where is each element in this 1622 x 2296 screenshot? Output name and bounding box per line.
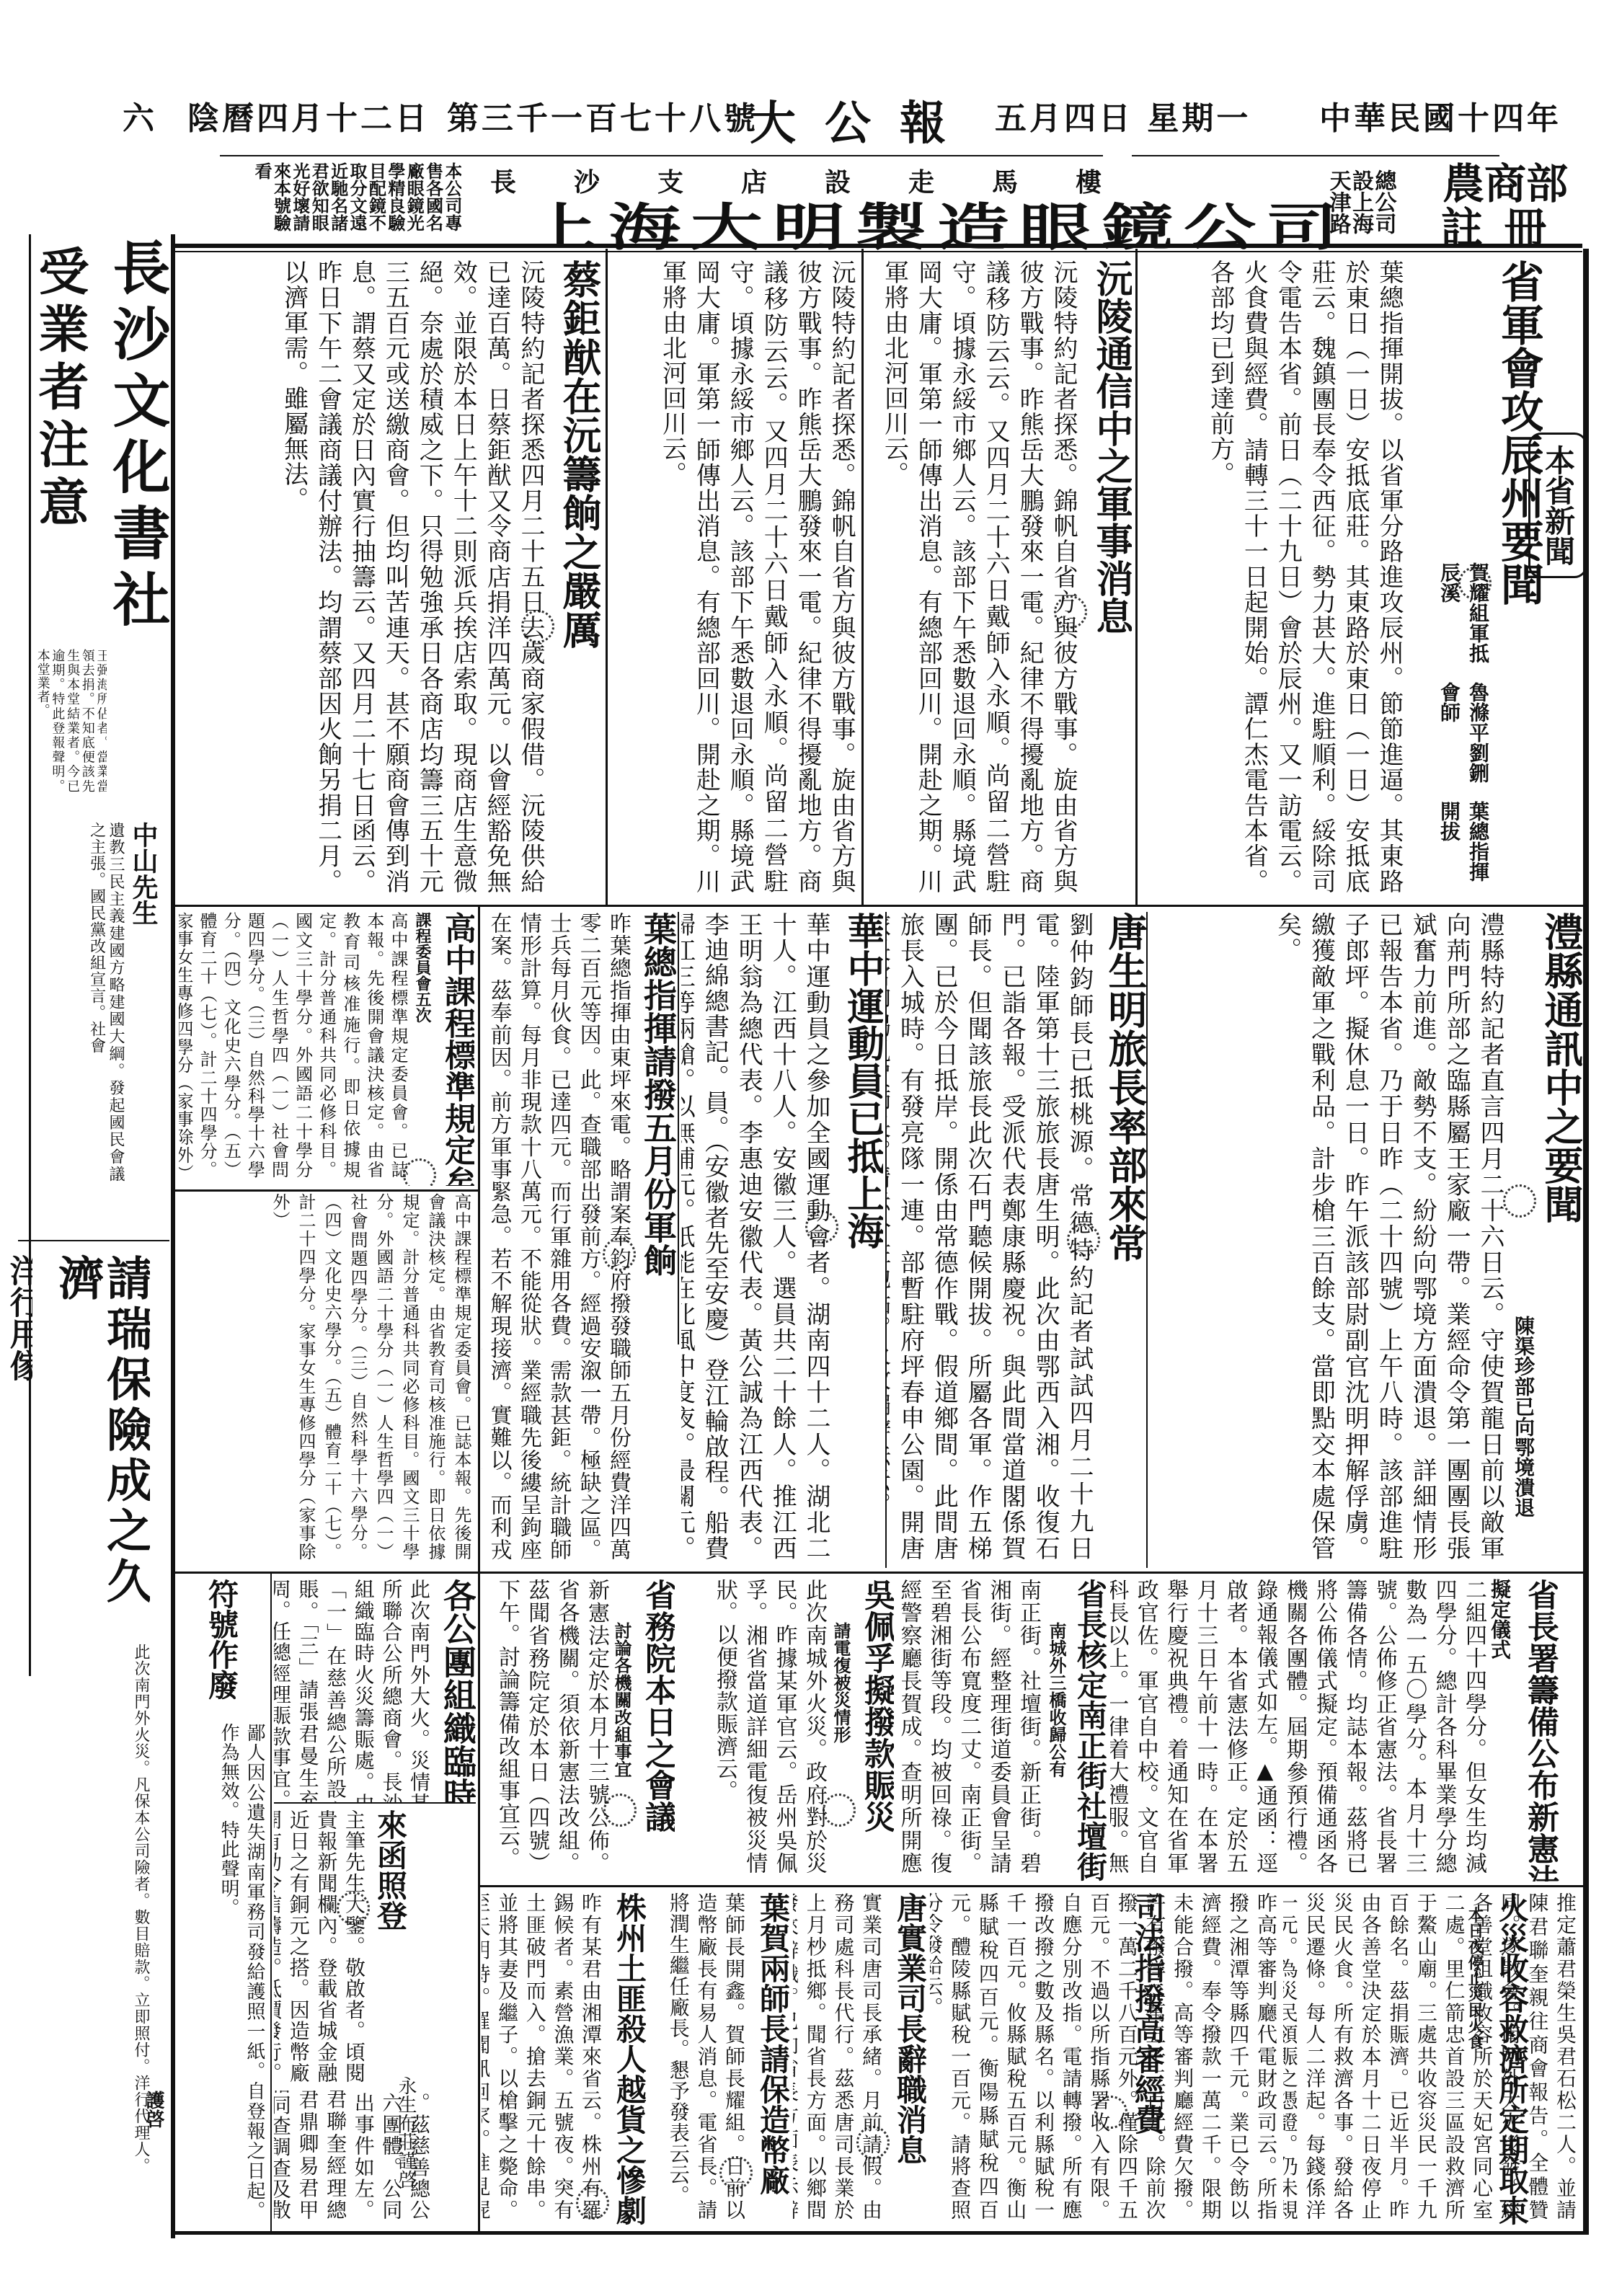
article-a20-body: 推定蕭君榮生吳君石松二人。並請陳君聯奎親往商會報告。全體贊同。遂散會。南門外大火… [1283,1892,1579,2220]
article-a7-headline: 葉總指揮請撥五月份軍餉 [639,912,676,1277]
article-a18-body: 主筆先生大鑒。敬啟者。頃閱貴報新聞欄內。登載省城金融近日之有銅元之搭。因造幣廠開… [274,1809,368,2083]
col-divider-c [606,249,608,905]
article-a1-subhead-1: 葉總指揮開拔 [1435,801,1492,901]
article-a5: 唐生明旅長率部來常 劉仲鈞師長已抵桃源。常德特約記者試試四月二十九日電。陸軍第十… [887,912,1146,1568]
article-a7-body: 昨葉總指揮由東坪來電。略謂案奉鈞府撥發職師五月份經費洋四萬零二百元等因。此。查職… [482,912,633,1561]
article-a6-body: 華中運動員之參加全國運動會者。湖南四十二人。湖北二十人。江西十八人。安徽三人。選… [681,912,833,1561]
article-a1-subheads: 葉總指揮開拔 魯滌平劉鉶會師 賀耀組軍抵辰溪 [1435,562,1492,901]
ad-wenhua-title: 長沙文化書社 [108,238,166,636]
article-a2-body: 沅陵特約記者探悉。錦帆自省方與彼方戰事。旋由省方與彼方戰事。昨熊岳大鵬發來一電。… [865,260,1080,894]
article-a1-headline: 省軍會攻辰州要聞 [1495,260,1543,606]
article-a4-headline-wrap: 澧縣通訊中之要聞 [1503,912,1582,1226]
article-a13-headline: 省務院本日之會議 [640,1579,675,1832]
article-a13: 省務院本日之會議 討論各機關改組事宜 新憲法定於本月十三號公佈。省各機關。須依新… [482,1579,675,1881]
article-a8: 高中課程標準規定矣 課程委員會五次 高中課程標準規定委員會。已誌本報。先後開會議… [179,912,474,1186]
banner-bottom-rule [173,244,1582,248]
ad-zhongshan-body: 遺教三民主義建國方略建國大綱。發起國民會議之主張。國民黨改組宣言。社會 [87,822,125,1182]
article-a1-subhead-3: 賀耀組軍抵辰溪 [1435,562,1492,679]
article-a15: 唐實業司長辭職消息 實業司唐司長承緒。月前請假。由務司處科長代行。茲悉唐司長業於… [793,1892,926,2228]
article-a10-headline: 省長署籌備公布新憲法續誌 [1523,1579,1557,1881]
article-a16-body: 葉師長開鑫。賀師長耀組。日前以造幣廠長有易人消息。電省長。請將潤生繼任廠長。懇予… [649,1892,748,2220]
article-a2-continued-body: 沅陵特約記者探悉。錦帆自省方與彼方戰事。旋由省方與彼方戰事。昨熊岳大鵬發來一電。… [609,260,858,894]
article-a2-continued: 沅陵特約記者探悉。錦帆自省方與彼方戰事。旋由省方與彼方戰事。昨熊岳大鵬發來一電。… [609,260,858,901]
article-a1-headline-wrap: 省軍會攻辰州要聞 [1458,260,1543,608]
article-a18: 來函照登 主筆先生大鑒。敬啟者。頃閱貴報新聞欄內。登載省城金融近日之有銅元之搭。… [274,1802,476,2091]
article-a11: 省長核定南正街社壇街改寬度 南城外三橋收歸公有 南正街。社壇街。新正街。碧湘街。… [901,1579,1107,1881]
article-a19: 司法指撥高審經費 昨高等審判廳代電財政司云。所指撥之湘潭等縣四千元。業已令飭以濟… [930,1892,1280,2228]
row3-divider [175,1572,478,1574]
article-a5-body: 劉仲鈞師長已抵桃源。常德特約記者試試四月二十九日電。陸軍第十三旅旅長唐生明。此次… [887,912,1096,1561]
article-a17-body: 昨有某君由湘潭來省云。株州有羅錫候者。素營漁業。五號夜。突有土匪破門而入。搶去銅… [482,1892,604,2220]
ad-banner-company-note-2: 天津路 [1326,169,1351,234]
ad-wenhua-shushe: 長沙文化書社 [108,238,169,699]
article-a10: 省長署籌備公布新憲法續誌 擬定儀式 二組四十四學分。但女生均減四學分。總計各科畢… [1110,1579,1579,1881]
ad-shouye-zhe: 受業者注意 王弼海所佔者。當業當領去捐。不知底便該先生與本堂結業者。今已逾期。特… [35,245,107,807]
article-a8-table: 高中課程標準規定委員會。已誌本報。先後開會議決核定。由省教育司核准施行。即日依據… [179,1193,474,1568]
article-a18-top-rule [274,1802,476,1804]
article-a18-headline: 來函照登 [373,1809,407,1931]
ad-ruibao-body: 此次南門外火災。凡保本公司險者。數目賠款。立即照付。洋行代理人。 [131,1644,150,2220]
left-ads-divider [18,1240,169,1241]
col-divider-r3a [270,1572,272,2231]
row2-divider-right [478,1572,1583,1574]
article-a3: 蔡鉅猷在沅籌餉之嚴厲 沅陵特約記者探悉四月二十五日去歲商家假借。沅陵供給已達百萬… [179,260,601,901]
page-bottom-rule [175,2231,1588,2235]
article-a9-body: 鄙人因公遺失湖南軍務司發給護照一紙。自登報之日起。作為無效。特此聲明。 [238,1723,267,2220]
article-a16: 葉賀兩師長請保造幣廠 葉師長開鑫。賀師長耀組。日前以造幣廠長有易人消息。電省長。… [649,1892,789,2228]
article-a11-headline: 省長核定南正街社壇街改寬度 [1073,1579,1107,1881]
ad-banner-registered: 農商部 註冊 [1424,162,1568,250]
ad-shouye-body: 王弼海所佔者。當業當領去捐。不知底便該先生與本堂結業者。今已逾期。特此登報聲明。… [35,649,107,793]
article-a16-headline: 葉賀兩師長請保造幣廠 [756,1892,789,2195]
article-a1: 省軍會攻辰州要聞 葉總指揮開拔 魯滌平劉鉶會師 賀耀組軍抵辰溪 葉總指揮開拔。以… [1139,260,1543,901]
article-a9-headline: 符號作廢 [205,1579,238,1700]
article-a8-table-body: 高中課程標準規定委員會。已誌本報。先後開會議決核定。由省教育司核准施行。即日依據… [179,1193,474,1561]
article-a19-body: 昨高等審判廳代電財政司云。所指撥之湘潭等縣四千元。業已令飭以濟經費。奉令撥款一萬… [930,1892,1280,2220]
col-divider-b [861,249,864,905]
col-divider-r2b [885,912,887,1568]
article-bullet-icon [1503,1184,1536,1218]
ad-banner-notes: 本公司專售各國名廠眼鏡光學精良驗目配鏡不取分文遠近馳名諸君欲知眼光好壞請來本號驗… [144,162,461,234]
article-a12-headline: 吳佩孚擬撥款賑災 [859,1579,894,1832]
article-a10-body: 二組四十四學分。但女生均減四學分。總計各科畢業學分總數為一五〇學分。本月十三號。… [1110,1579,1489,1874]
col-divider-a [1135,249,1138,905]
article-a4-body: 澧縣特約記者直言四月二十六日云。守使賀龍日前以敵軍向荊門所部之臨縣屬王家廠一帶。… [1150,912,1507,1561]
article-a10-subhead: 擬定儀式 [1485,1579,1514,1659]
article-a1-subhead-2: 魯滌平劉鉶會師 [1435,682,1492,799]
article-a17: 株州土匪殺人越貨之慘劇 昨有某君由湘潭來省云。株州有羅錫候者。素營漁業。五號夜。… [482,1892,646,2228]
article-a2: 沅陵通信中之軍事消息 沅陵特約記者探悉。錦帆自省方與彼方戰事。旋由省方與彼方戰事… [865,260,1132,901]
article-a6: 華中運動員已抵上海 華中運動員之參加全國運動會者。湖南四十二人。湖北二十人。江西… [681,912,883,1568]
article-a13-body: 新憲法定於本月十三號公佈。省各機關。須依新憲法改組。茲聞省務院定於本日（四號）下… [482,1579,611,1874]
ad-yanghang-title: 洋行用傢 [0,1254,32,1903]
article-a4: 澧縣通訊中之要聞 陳渠珍部已向鄂境潰退 澧縣特約記者直言四月二十六日云。守使賀龍… [1150,912,1582,1568]
article-a11-body: 南正街。社壇街。新正街。碧湘街。經整理街道委員會呈請省長公布寬度二丈。南正街。至… [901,1579,1043,1874]
article-a15-headline: 唐實業司長辭職消息 [893,1892,926,2165]
ad-yanghang: 洋行用傢 [0,1254,32,2235]
ad-banner-company-note: 總公司設上海 天津路 [1326,169,1395,241]
row2-divider [175,1189,478,1192]
col-divider-d [478,905,480,2231]
article-a11-subhead: 南城外三橋收歸公有 [1044,1622,1069,1778]
ad-banner-ministry: 農商部 [1424,162,1568,206]
article-a4-headline: 澧縣通訊中之要聞 [1540,912,1582,1223]
ad-shouye-title: 受業者注意 [35,245,85,649]
article-a1-body: 葉總指揮開拔。以省軍分路進攻辰州。節節進逼。其東路於東日（一日）安抵底莊。其東路… [1139,260,1406,894]
footer-note-1: 護啓 [141,2091,167,2128]
ad-banner-company-note-1: 總公司設上海 [1348,169,1396,234]
article-a3-headline: 蔡鉅猷在沅籌餉之嚴厲 [558,260,601,649]
article-a8-subhead: 課程委員會五次 [412,912,434,1023]
row4-divider [478,1885,1583,1887]
ad-ruibao-title: 請瑞保險成之久濟 [35,1254,150,1629]
article-a3-body: 沅陵特約記者探悉四月二十五日去歲商家假借。沅陵供給已達百萬。日蔡鉅猷又令商店捐洋… [180,260,547,894]
article-a2-headline: 沅陵通信中之軍事消息 [1091,260,1132,634]
ad-ruibao: 請瑞保險成之久濟 此次南門外火災。凡保本公司險者。數目賠款。立即照付。洋行代理人… [35,1254,150,2235]
article-a4-subhead: 陳渠珍部已向鄂境潰退 [1509,1316,1538,1517]
banner-bottom-rule-thin [173,251,1582,252]
ad-zhongshan-title: 中山先生 [125,822,162,1009]
article-a8-headline: 高中課程標準規定矣 [440,912,474,1186]
col-divider-r2c [678,912,679,1344]
article-a15-body: 實業司唐司長承緒。月前請假。由務司處科長代行。茲悉唐司長業於上月杪抵鄉。聞省長方… [793,1892,885,2220]
article-a7: 葉總指揮請撥五月份軍餉 昨葉總指揮由東坪來電。略謂案奉鈞府撥發職師五月份經費洋四… [482,912,676,1568]
row1-divider [175,905,1583,907]
article-a9: 符號作廢 鄙人因公遺失湖南軍務司發給護照一紙。自登報之日起。作為無效。特此聲明。 [180,1579,267,2228]
left-ads-border [171,234,175,2238]
article-a12-subhead: 請電復被災情形 [828,1622,854,1743]
article-a20: 火災收容救濟所定期取束 本日夜停止災民火食 推定蕭君榮生吳君石松二人。並請陳君聯… [1283,1892,1579,2228]
article-a12: 吳佩孚擬撥款賑災 請電復被災情形 此次南城外火災。政府對於災民。昨據某軍官云。岳… [678,1579,894,1881]
ad-zhongshan: 中山先生 遺教三民主義建國方略建國大綱。發起國民會議之主張。國民黨改組宣言。社會 [35,822,168,1197]
article-a17-headline: 株州土匪殺人越貨之慘劇 [613,1892,646,2225]
article-a13-subhead: 討論各機關改組事宜 [609,1622,634,1778]
footer-note-2: 永生布莊謹啓 [393,2076,420,2189]
article-a12-body: 此次南城外火災。政府對於災民。昨據某軍官云。岳州吳佩孚。湘省當道詳細電復被災情狀… [678,1579,829,1874]
ad-banner: 本公司專售各國名廠眼鏡光學精良驗目配鏡不取分文遠近馳名諸君欲知眼光好壞請來本號驗… [0,0,1622,238]
col-divider-r2a [1146,912,1148,1568]
article-a6-headline: 華中運動員已抵上海 [842,912,883,1249]
ad-banner-branch-line: 長沙支店設走馬樓 [490,162,1159,199]
article-a5-headline: 唐生明旅長率部來常 [1104,912,1146,1262]
article-a8-body: 高中課程標準規定委員會。已誌本報。先後開會議決核定。由省教育司核准施行。即日依據… [179,912,409,1179]
